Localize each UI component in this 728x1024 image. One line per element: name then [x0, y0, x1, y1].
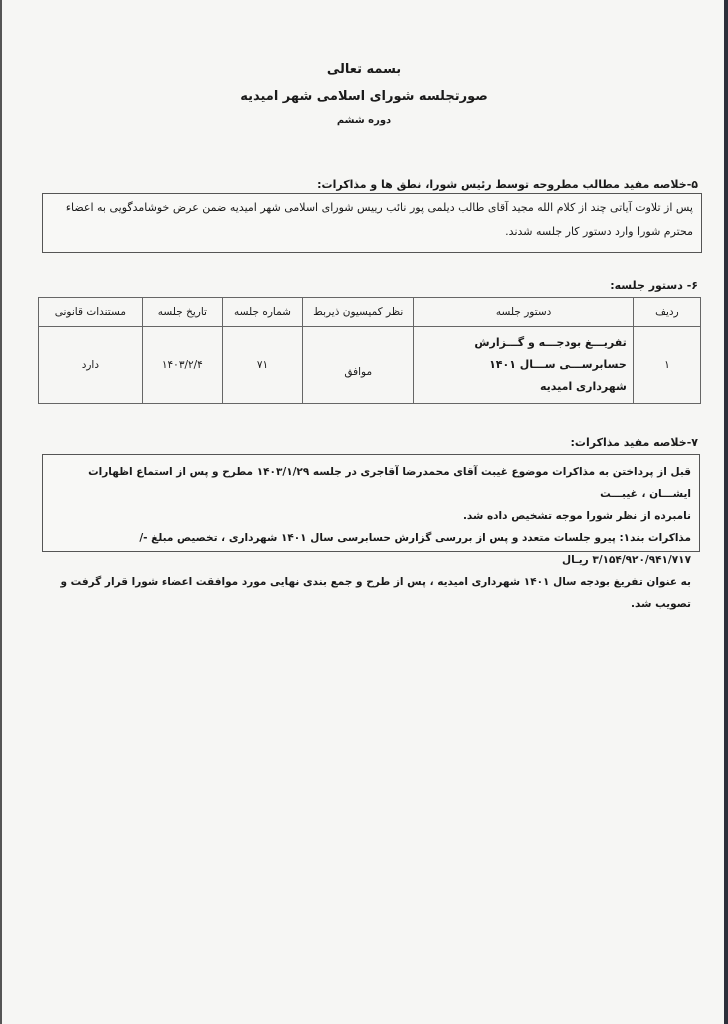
section7-line: به عنوان تفریغ بودجه سال ۱۴۰۱ شهرداری ام… — [51, 571, 691, 615]
document-title: صورتجلسه شورای اسلامی شهر امیدیه — [0, 86, 728, 108]
section5-line: محترم شورا وارد دستور کار جلسه شدند. — [51, 220, 693, 244]
section5-box: پس از تلاوت آیاتی چند از کلام الله مجید … — [42, 193, 702, 253]
cell-topic: تفریـــغ بودجـــه و گـــزارش حسابرســـی … — [414, 327, 633, 404]
topic-line: تفریـــغ بودجـــه و گـــزارش حسابرســـی … — [420, 332, 626, 376]
header-row-no: ردیف — [633, 298, 700, 327]
section5-line: پس از تلاوت آیاتی چند از کلام الله مجید … — [51, 196, 693, 220]
document-header: بسمه تعالی صورتجلسه شورای اسلامی شهر امی… — [0, 60, 728, 130]
section6-title: ۶- دستور جلسه: — [610, 279, 698, 292]
section7-box: قبل از پرداختن به مذاکرات موضوع غیبت آقا… — [42, 454, 700, 552]
section7-title: ۷-خلاصه مفید مذاکرات: — [571, 436, 699, 449]
section5-title: ۵-خلاصه مفید مطالب مطروحه توسط رئیس شورا… — [317, 178, 698, 191]
section7-line: قبل از پرداختن به مذاکرات موضوع غیبت آقا… — [51, 461, 691, 505]
council-term: دوره ششم — [0, 112, 728, 130]
topic-line: شهرداری امیدیه — [420, 376, 626, 398]
cell-legal-docs: دارد — [39, 327, 143, 404]
header-legal-docs: مستندات قانونی — [39, 298, 143, 327]
table-header-row: ردیف دستور جلسه نظر کمیسیون ذیربط شماره … — [39, 298, 701, 327]
invocation: بسمه تعالی — [0, 60, 728, 80]
header-session-no: شماره جلسه — [223, 298, 303, 327]
section7-line: نامبرده از نظر شورا موجه تشخیص داده شد. — [51, 505, 691, 527]
section7-line: مذاکرات بند۱: پیرو جلسات متعدد و پس از ب… — [51, 527, 691, 571]
document-page: بسمه تعالی صورتجلسه شورای اسلامی شهر امی… — [0, 0, 728, 1024]
table-row: ۱ تفریـــغ بودجـــه و گـــزارش حسابرســـ… — [39, 327, 701, 404]
header-session-date: تاریخ جلسه — [142, 298, 222, 327]
scan-edge-right — [724, 0, 728, 1024]
cell-session-date: ۱۴۰۳/۲/۴ — [142, 327, 222, 404]
header-commission: نظر کمیسیون ذیربط — [303, 298, 414, 327]
cell-row-no: ۱ — [633, 327, 700, 404]
cell-session-no: ۷۱ — [223, 327, 303, 404]
cell-commission: موافق — [303, 327, 414, 404]
scan-edge-left — [0, 0, 2, 1024]
header-topic: دستور جلسه — [414, 298, 633, 327]
agenda-table: ردیف دستور جلسه نظر کمیسیون ذیربط شماره … — [38, 297, 701, 404]
